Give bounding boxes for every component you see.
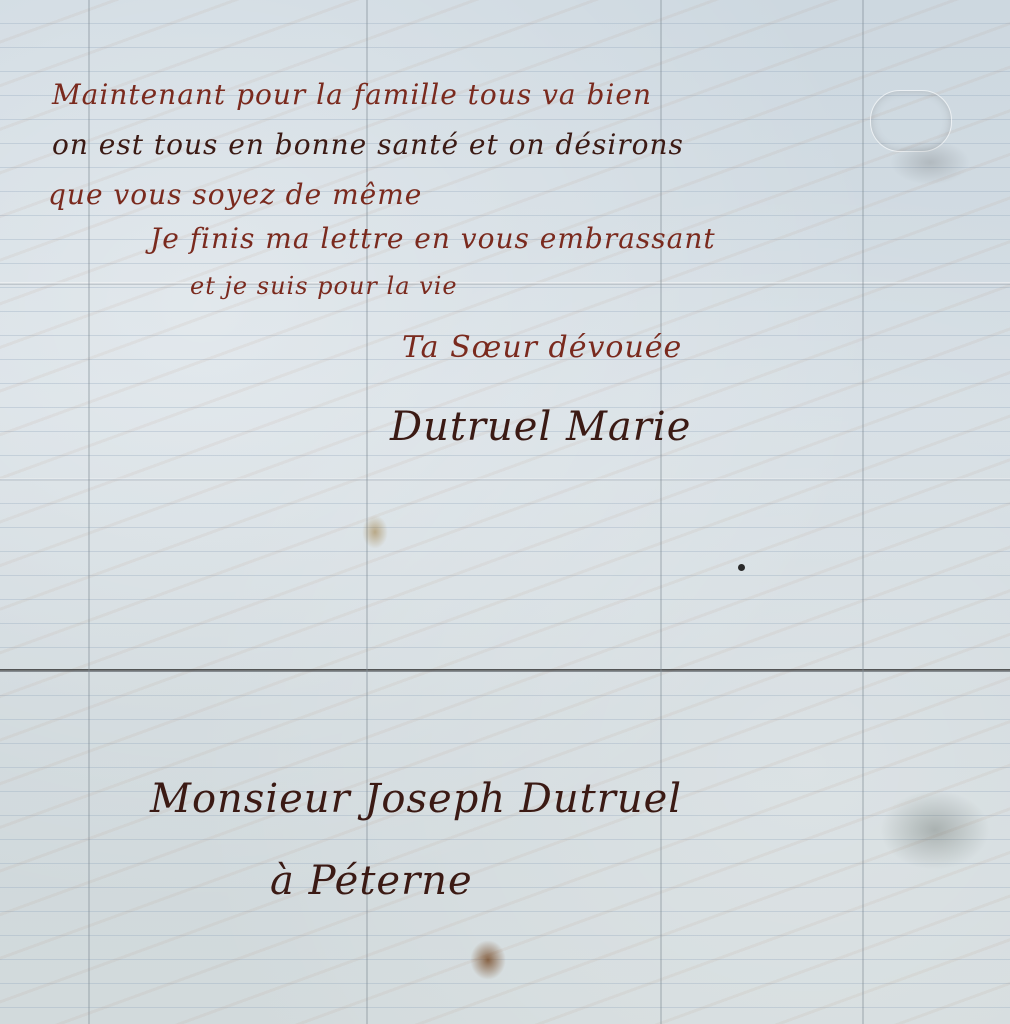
signature: Dutruel Marie	[390, 404, 691, 450]
fold-line-right	[862, 0, 864, 1024]
ink-dot	[738, 564, 745, 571]
smudge-top-right	[890, 140, 970, 185]
closing: Ta Sœur dévouée	[402, 330, 682, 365]
letter-line-5: et je suis pour la vie	[190, 272, 458, 300]
stain-center	[362, 515, 388, 549]
smudge-bottom-right	[880, 790, 990, 870]
address-location: à Péterne	[270, 858, 473, 904]
letter-line-2: on est tous en bonne santé et on désiron…	[52, 128, 684, 161]
letter-page: Maintenant pour la famille tous va bien …	[0, 0, 1010, 1024]
fold-line-middle	[0, 478, 1010, 481]
stain-bottom	[470, 940, 506, 980]
address-recipient: Monsieur Joseph Dutruel	[150, 776, 682, 822]
letter-line-4: Je finis ma lettre en vous embrassant	[150, 222, 716, 255]
letter-line-1: Maintenant pour la famille tous va bien	[52, 78, 652, 111]
fold-line-lower	[0, 669, 1010, 672]
letter-line-3: que vous soyez de même	[48, 178, 422, 211]
fold-line-upper	[0, 282, 1010, 285]
